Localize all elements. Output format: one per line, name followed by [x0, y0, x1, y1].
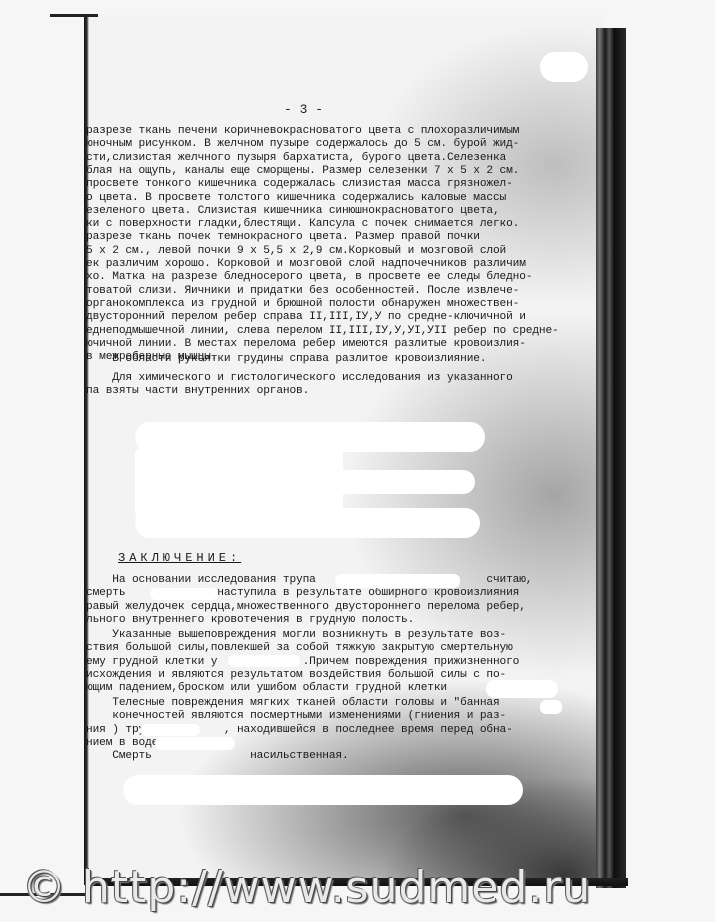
redaction-mark: [155, 737, 235, 750]
redaction-mark: [135, 470, 475, 494]
text-line: ек различим хорошо. Корковой и мозговой …: [86, 258, 526, 271]
text-line: Телесные повреждения мягких тканей облас…: [86, 697, 500, 710]
text-line: 5 х 2 см., левой почки 9 х 5,5 х 2,9 см.…: [86, 245, 506, 258]
text-line: сти,слизистая желчного пузыря бархатиста…: [86, 152, 506, 165]
document-body: разрезе ткань печени коричневокрасновато…: [86, 0, 586, 160]
text-line: ющим падением,броском или ушибом области…: [86, 682, 447, 695]
text-line: Указанные вышеповреждения могли возникну…: [86, 629, 506, 642]
redaction-mark: [150, 588, 218, 600]
text-line: о цвета. В просвете толстого кишечника с…: [86, 192, 506, 205]
redaction-mark: [135, 508, 480, 538]
text-line: двусторонний перелом ребер справа II,III…: [86, 311, 526, 324]
text-line: равый желудочек сердца,множественного дв…: [86, 601, 526, 614]
text-line: органокомплекса из грудной и брюшной пол…: [86, 298, 519, 311]
text-line: конечностей являются посмертными изменен…: [86, 710, 506, 723]
page-binding-shadow: [596, 28, 626, 888]
redaction-mark: [540, 52, 588, 82]
text-line: ему грудной клетки у .Причем повреждения…: [86, 656, 519, 669]
text-line: исхождения и являются результатом воздей…: [86, 669, 506, 682]
text-line: па взяты части внутренних органов.: [86, 385, 309, 398]
text-line: юночным рисунком. В желчном пузыре содер…: [86, 138, 519, 151]
text-line: еднеподмышечной линии, слева перелом II,…: [86, 325, 559, 338]
paragraph-sternum: В области рукоятки грудины справа разлит…: [86, 353, 486, 366]
redaction-mark: [228, 655, 300, 667]
text-line: Для химического и гистологического иссле…: [86, 372, 513, 385]
text-line: просвете тонкого кишечника содержалась с…: [86, 178, 513, 191]
watermark: © http://www.sudmed.ru: [22, 862, 712, 913]
redaction-mark: [486, 680, 558, 698]
text-line: разрезе ткань почек темнокрасного цвета.…: [86, 231, 480, 244]
text-line: езеленого цвета. Слизистая кишечника син…: [86, 205, 500, 218]
redaction-mark: [123, 775, 523, 805]
redaction-mark: [335, 574, 460, 588]
text-line: ствия большой силы,повлекшей за собой тя…: [86, 642, 513, 655]
text-line: Смерть насильственная.: [86, 750, 349, 763]
text-line: разрезе ткань печени коричневокрасновато…: [86, 125, 519, 138]
text-line: На основании исследования трупа считаю,: [86, 574, 532, 587]
text-line: нием в воде.: [86, 737, 165, 750]
text-line: ки с поверхности гладки,блестящи. Капсул…: [86, 218, 519, 231]
redaction-mark: [540, 700, 562, 714]
text-line: блая на ощупь, каналы еще сморщены. Разм…: [86, 165, 519, 178]
text-line: ючичной линии. В местах перелома ребер и…: [86, 338, 526, 351]
redaction-mark: [140, 724, 200, 736]
text-line: товатой слизи. Яичники и придатки без ос…: [86, 285, 519, 298]
text-line: хо. Матка на разрезе бледносерого цвета,…: [86, 271, 532, 284]
text-line: льного внутреннего кровотечения в грудну…: [86, 614, 414, 627]
conclusion-heading: ЗАКЛЮЧЕНИЕ:: [118, 551, 241, 565]
